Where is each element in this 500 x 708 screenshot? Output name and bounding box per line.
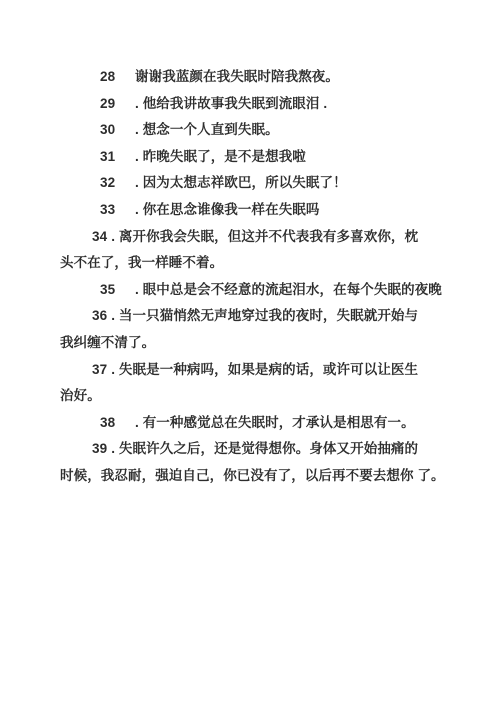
item-text: 治好。 — [58, 383, 445, 410]
document-page: 28谢谢我蓝颜在我失眠时陪我熬夜。 29. 他给我讲故事我失眠到流眼泪 . 30… — [0, 0, 500, 708]
item-number: 28 — [100, 64, 135, 91]
item-text: 我纠缠不清了。 — [58, 330, 445, 357]
item-number: 36 — [92, 308, 107, 323]
item-number: 38 — [100, 410, 135, 437]
list-item-30: 30. 想念一个人直到失眠。 — [58, 117, 445, 144]
list-item-32: 32. 因为太想志祥欧巴，所以失眠了！ — [58, 170, 445, 197]
item-number: 37 — [92, 362, 107, 377]
list-item-34: 34. 离开你我会失眠，但这并不代表我有多喜欢你，枕 头不在了，我一样睡不着。 — [58, 224, 445, 277]
item-number: 33 — [100, 197, 135, 224]
list-item-33: 33. 你在思念谁像我一样在失眠吗 — [58, 197, 445, 224]
list-item-39: 39. 失眠许久之后，还是觉得想你。身体又开始抽痛的 时候，我忍耐，强迫自己，你… — [58, 436, 445, 489]
list-item-37: 37. 失眠是一种病吗，如果是病的话，或许可以让医生 治好。 — [58, 357, 445, 410]
list-item-36: 36. 当一只猫悄然无声地穿过我的夜时，失眠就开始与 我纠缠不清了。 — [58, 303, 445, 356]
item-number: 29 — [100, 91, 135, 118]
list-item-31: 31. 昨晚失眠了，是不是想我啦 — [58, 144, 445, 171]
item-text: . 离开你我会失眠，但这并不代表我有多喜欢你，枕 — [111, 229, 418, 244]
list-item-35: 35. 眼中总是会不经意的流起泪水，在每个失眠的夜晚 — [58, 277, 445, 304]
list-item-28: 28谢谢我蓝颜在我失眠时陪我熬夜。 — [58, 64, 445, 91]
list-item-38: 38. 有一种感觉总在失眠时，才承认是相思有一。 — [58, 410, 445, 437]
item-text: . 失眠许久之后，还是觉得想你。身体又开始抽痛的 — [111, 441, 418, 456]
item-number: 30 — [100, 117, 135, 144]
item-text: . 眼中总是会不经意的流起泪水，在每个失眠的夜晚 — [135, 282, 442, 297]
item-text: . 当一只猫悄然无声地穿过我的夜时，失眠就开始与 — [111, 308, 418, 323]
item-text: . 有一种感觉总在失眠时，才承认是相思有一。 — [135, 415, 415, 430]
item-number: 34 — [92, 229, 107, 244]
item-number: 35 — [100, 277, 135, 304]
item-number: 31 — [100, 144, 135, 171]
item-number: 32 — [100, 170, 135, 197]
quote-list: 28谢谢我蓝颜在我失眠时陪我熬夜。 29. 他给我讲故事我失眠到流眼泪 . 30… — [0, 0, 500, 490]
item-text: 头不在了，我一样睡不着。 — [58, 250, 445, 277]
item-text: 谢谢我蓝颜在我失眠时陪我熬夜。 — [135, 69, 339, 84]
item-text: . 因为太想志祥欧巴，所以失眠了！ — [135, 175, 347, 190]
item-text: . 他给我讲故事我失眠到流眼泪 . — [135, 96, 327, 111]
list-item-29: 29. 他给我讲故事我失眠到流眼泪 . — [58, 91, 445, 118]
item-text: . 想念一个人直到失眠。 — [135, 122, 279, 137]
item-text: . 昨晚失眠了，是不是想我啦 — [135, 149, 306, 164]
item-text: . 失眠是一种病吗，如果是病的话，或许可以让医生 — [111, 362, 418, 377]
item-text: . 你在思念谁像我一样在失眠吗 — [135, 202, 320, 217]
item-text: 时候，我忍耐，强迫自己，你已没有了，以后再不要去想你 了。 — [58, 463, 445, 490]
item-number: 39 — [92, 441, 107, 456]
